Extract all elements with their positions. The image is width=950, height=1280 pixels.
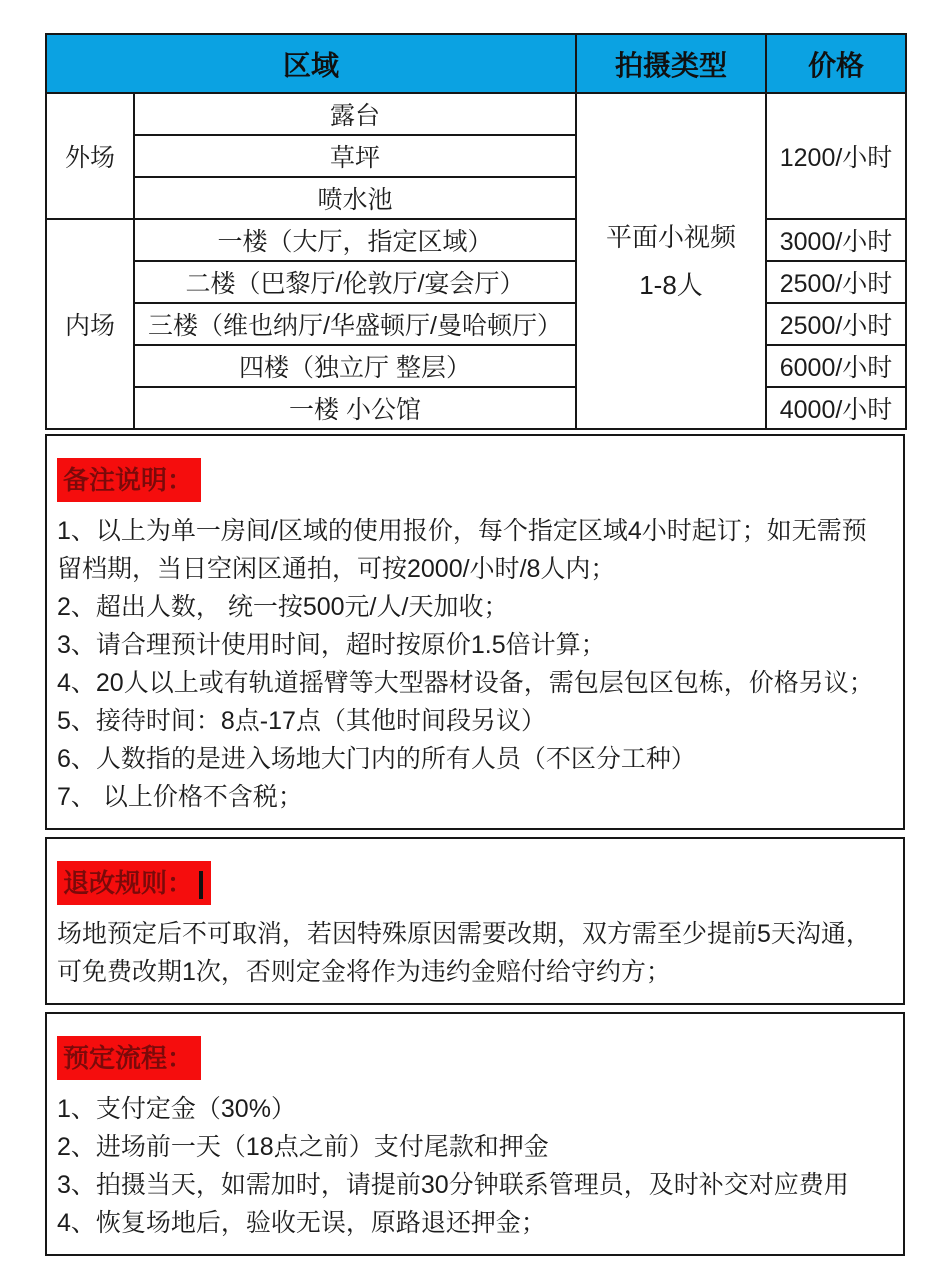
note-item: 2、超出人数， 统一按500元/人/天加收； — [57, 588, 891, 626]
area-cell: 喷水池 — [134, 177, 576, 219]
note-item: 6、人数指的是进入场地大门内的所有人员（不区分工种） — [57, 740, 891, 778]
price-table: 区域 拍摄类型 价格 外场 露台 平面小视频 1-8人 1200/小时 草坪 喷… — [45, 33, 907, 430]
table-row: 一楼 小公馆 4000/小时 — [46, 387, 906, 429]
process-step: 1、支付定金（30%） — [57, 1090, 891, 1128]
refund-rules-title: 退改规则： — [57, 861, 211, 905]
table-row: 三楼（维也纳厅/华盛顿厅/曼哈顿厅） 2500/小时 — [46, 303, 906, 345]
booking-process-title-text: 预定流程： — [63, 1043, 193, 1073]
note-item: 4、20人以上或有轨道摇臂等大型器材设备，需包层包区包栋，价格另议； — [57, 664, 891, 702]
notes-title-text: 备注说明： — [63, 465, 193, 495]
price-cell: 3000/小时 — [766, 219, 906, 261]
group-label-indoor: 内场 — [46, 219, 134, 429]
area-cell: 草坪 — [134, 135, 576, 177]
price-cell: 6000/小时 — [766, 345, 906, 387]
note-item: 5、接待时间：8点-17点（其他时间段另议） — [57, 702, 891, 740]
notes-section: 备注说明： 1、以上为单一房间/区域的使用报价，每个指定区域4小时起订；如无需预… — [45, 434, 905, 830]
price-cell-outdoor: 1200/小时 — [766, 93, 906, 219]
text-cursor — [199, 871, 203, 899]
price-cell: 4000/小时 — [766, 387, 906, 429]
refund-rules-title-text: 退改规则： — [63, 868, 193, 898]
area-cell: 二楼（巴黎厅/伦敦厅/宴会厅） — [134, 261, 576, 303]
process-step: 4、恢复场地后，验收无误，原路退还押金； — [57, 1204, 891, 1242]
process-step: 3、拍摄当天，如需加时，请提前30分钟联系管理员，及时补交对应费用 — [57, 1166, 891, 1204]
note-item: 3、请合理预计使用时间，超时按原价1.5倍计算； — [57, 626, 891, 664]
price-cell: 2500/小时 — [766, 303, 906, 345]
col-header-type: 拍摄类型 — [576, 34, 766, 93]
refund-rules-body: 场地预定后不可取消，若因特殊原因需要改期，双方需至少提前5天沟通，可免费改期1次… — [57, 915, 891, 991]
booking-process-section: 预定流程： 1、支付定金（30%） 2、进场前一天（18点之前）支付尾款和押金 … — [45, 1012, 905, 1256]
price-cell: 2500/小时 — [766, 261, 906, 303]
group-label-outdoor: 外场 — [46, 93, 134, 219]
process-step: 2、进场前一天（18点之前）支付尾款和押金 — [57, 1128, 891, 1166]
shoot-type-cell: 平面小视频 1-8人 — [576, 93, 766, 429]
table-row: 二楼（巴黎厅/伦敦厅/宴会厅） 2500/小时 — [46, 261, 906, 303]
col-header-price: 价格 — [766, 34, 906, 93]
area-cell: 一楼（大厅，指定区域） — [134, 219, 576, 261]
table-row: 内场 一楼（大厅，指定区域） 3000/小时 — [46, 219, 906, 261]
notes-title: 备注说明： — [57, 458, 201, 502]
refund-rules-section: 退改规则： 场地预定后不可取消，若因特殊原因需要改期，双方需至少提前5天沟通，可… — [45, 837, 905, 1005]
table-row: 外场 露台 平面小视频 1-8人 1200/小时 — [46, 93, 906, 135]
table-row: 四楼（独立厅 整层） 6000/小时 — [46, 345, 906, 387]
booking-process-title: 预定流程： — [57, 1036, 201, 1080]
area-cell: 露台 — [134, 93, 576, 135]
area-cell: 四楼（独立厅 整层） — [134, 345, 576, 387]
note-item: 7、 以上价格不含税； — [57, 778, 891, 816]
shoot-type-line1: 平面小视频 — [581, 213, 761, 261]
area-cell: 三楼（维也纳厅/华盛顿厅/曼哈顿厅） — [134, 303, 576, 345]
table-header-row: 区域 拍摄类型 价格 — [46, 34, 906, 93]
shoot-type-line2: 1-8人 — [581, 261, 761, 309]
area-cell: 一楼 小公馆 — [134, 387, 576, 429]
pricing-sheet: 区域 拍摄类型 价格 外场 露台 平面小视频 1-8人 1200/小时 草坪 喷… — [0, 0, 950, 1280]
col-header-region: 区域 — [46, 34, 576, 93]
note-item: 1、以上为单一房间/区域的使用报价，每个指定区域4小时起订；如无需预留档期，当日… — [57, 512, 891, 588]
